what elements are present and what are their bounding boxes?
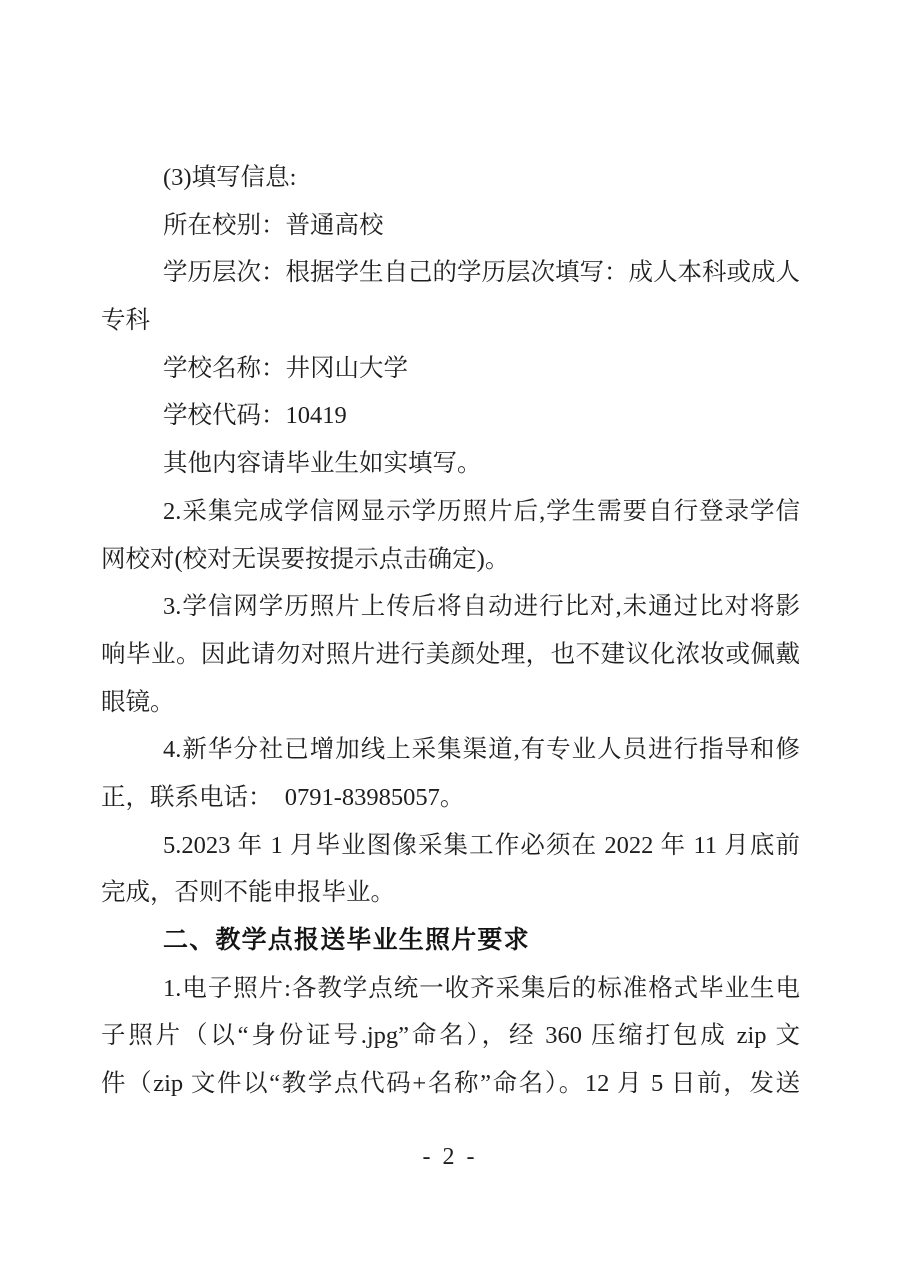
text-line: 眼镜。	[101, 679, 800, 727]
document-page: (3)填写信息:所在校别：普通高校学历层次：根据学生自己的学历层次填写：成人本科…	[0, 0, 900, 1273]
text-line: 响毕业。因此请勿对照片进行美颜处理，也不建议化浓妆或佩戴	[101, 631, 800, 679]
text-line: 网校对(校对无误要按提示点击确定)。	[101, 536, 800, 584]
text-line: 子照片（以“身份证号.jpg”命名），经 360 压缩打包成 zip 文	[101, 1012, 800, 1060]
text-line: (3)填写信息:	[101, 154, 800, 202]
text-line: 完成，否则不能申报毕业。	[101, 869, 800, 917]
document-body: (3)填写信息:所在校别：普通高校学历层次：根据学生自己的学历层次填写：成人本科…	[101, 154, 800, 1108]
text-line: 1.电子照片:各教学点统一收齐采集后的标准格式毕业生电	[101, 965, 800, 1013]
text-line: 2.采集完成学信网显示学历照片后,学生需要自行登录学信	[101, 488, 800, 536]
text-line: 学校代码：10419	[101, 392, 800, 440]
text-line: 学历层次：根据学生自己的学历层次填写：成人本科或成人	[101, 249, 800, 297]
text-line: 件（zip 文件以“教学点代码+名称”命名）。12 月 5 日前，发送	[101, 1060, 800, 1108]
text-line: 5.2023 年 1 月毕业图像采集工作必须在 2022 年 11 月底前	[101, 822, 800, 870]
text-line: 专科	[101, 297, 800, 345]
text-line: 4.新华分社已增加线上采集渠道,有专业人员进行指导和修	[101, 726, 800, 774]
text-line: 3.学信网学历照片上传后将自动进行比对,未通过比对将影	[101, 583, 800, 631]
text-line: 所在校别：普通高校	[101, 202, 800, 250]
text-line: 其他内容请毕业生如实填写。	[101, 440, 800, 488]
page-number: - 2 -	[0, 1141, 900, 1173]
text-line: 正，联系电话： 0791-83985057。	[101, 774, 800, 822]
text-line: 学校名称：井冈山大学	[101, 345, 800, 393]
section-heading: 二、教学点报送毕业生照片要求	[101, 917, 800, 965]
